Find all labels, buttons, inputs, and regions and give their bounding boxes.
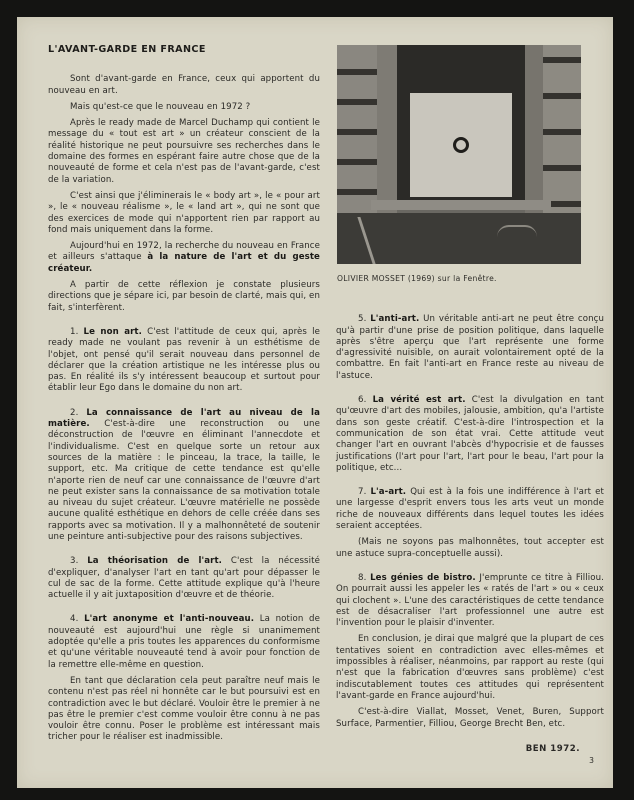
intro-paragraph-2: Mais qu'est-ce que le nouveau en 1972 ? bbox=[48, 102, 320, 113]
point-6: 6. La vérité est art. C'est la divulgati… bbox=[336, 395, 604, 474]
point-number: 4. bbox=[70, 614, 78, 624]
point-text: C'est la divulgation en tant qu'œuvre d'… bbox=[336, 395, 604, 473]
point-number: 3. bbox=[70, 556, 78, 566]
point-heading: Les génies de bistro. bbox=[370, 573, 476, 583]
right-column: OLIVIER MOSSET (1969) sur la Fenêtre. 5.… bbox=[336, 45, 604, 755]
photo-wall-left bbox=[337, 45, 377, 220]
intro-paragraph-3: Après le ready made de Marcel Duchamp qu… bbox=[48, 118, 320, 186]
point-heading: L'art anonyme et l'anti-nouveau. bbox=[84, 614, 254, 624]
point-number: 6. bbox=[358, 395, 366, 405]
point-4: 4. L'art anonyme et l'anti-nouveau. La n… bbox=[48, 614, 320, 670]
page-number: 3 bbox=[589, 756, 594, 765]
photo-pillar-right bbox=[525, 45, 543, 215]
point-7: 7. L'a-art. Qui est à la fois une indiff… bbox=[336, 487, 604, 532]
photo-wall-right bbox=[543, 45, 581, 220]
document-page: L'AVANT-GARDE EN FRANCE Sont d'avant-gar… bbox=[17, 17, 613, 788]
photo-caption: OLIVIER MOSSET (1969) sur la Fenêtre. bbox=[337, 273, 604, 284]
directions-paragraph: A partir de cette réflexion je constate … bbox=[48, 280, 320, 314]
left-column: L'AVANT-GARDE EN FRANCE Sont d'avant-gar… bbox=[48, 44, 320, 749]
point-text: C'est-à-dire une reconstruction ou une d… bbox=[48, 419, 320, 542]
point-number: 5. bbox=[358, 314, 366, 324]
point-2: 2. La connaissance de l'art au niveau de… bbox=[48, 408, 320, 544]
aside-paragraph: (Mais ne soyons pas malhonnêtes, tout ac… bbox=[336, 537, 604, 560]
point-heading: L'anti-art. bbox=[370, 314, 419, 324]
page-title: L'AVANT-GARDE EN FRANCE bbox=[48, 44, 320, 55]
point-heading: Le non art. bbox=[84, 327, 143, 337]
closing-paragraph: En tant que déclaration cela peut paraît… bbox=[48, 676, 320, 744]
right-text: 5. L'anti-art. Un véritable anti-art ne … bbox=[336, 314, 604, 755]
conclusion-paragraph: En conclusion, je dirai que malgré que l… bbox=[336, 634, 604, 702]
point-number: 2. bbox=[70, 408, 78, 418]
point-8: 8. Les génies de bistro. J'emprunte ce t… bbox=[336, 573, 604, 629]
point-1: 1. Le non art. C'est l'attitude de ceux … bbox=[48, 327, 320, 395]
photo-pillar-left bbox=[377, 45, 397, 215]
circle-icon bbox=[453, 137, 469, 153]
point-number: 1. bbox=[70, 327, 78, 337]
point-heading: La vérité est art. bbox=[373, 395, 466, 405]
bicycle-icon bbox=[497, 225, 537, 247]
point-3: 3. La théorisation de l'art. C'est la né… bbox=[48, 556, 320, 601]
intro-paragraph-1: Sont d'avant-garde en France, ceux qui a… bbox=[48, 74, 320, 97]
point-5: 5. L'anti-art. Un véritable anti-art ne … bbox=[336, 314, 604, 382]
author-signature: BEN 1972. bbox=[336, 744, 580, 755]
artwork-photo bbox=[337, 45, 581, 264]
point-number: 8. bbox=[358, 573, 366, 583]
intro-paragraph-4: C'est ainsi que j'éliminerais le « body … bbox=[48, 191, 320, 236]
photo-window-sill bbox=[371, 200, 551, 210]
artists-paragraph: C'est-à-dire Viallat, Mosset, Venet, Bur… bbox=[336, 707, 604, 730]
point-heading: La théorisation de l'art. bbox=[87, 556, 222, 566]
point-number: 7. bbox=[358, 487, 366, 497]
aujourdhui-paragraph: Aujourd'hui en 1972, la recherche du nou… bbox=[48, 241, 320, 275]
point-heading: L'a-art. bbox=[370, 487, 406, 497]
